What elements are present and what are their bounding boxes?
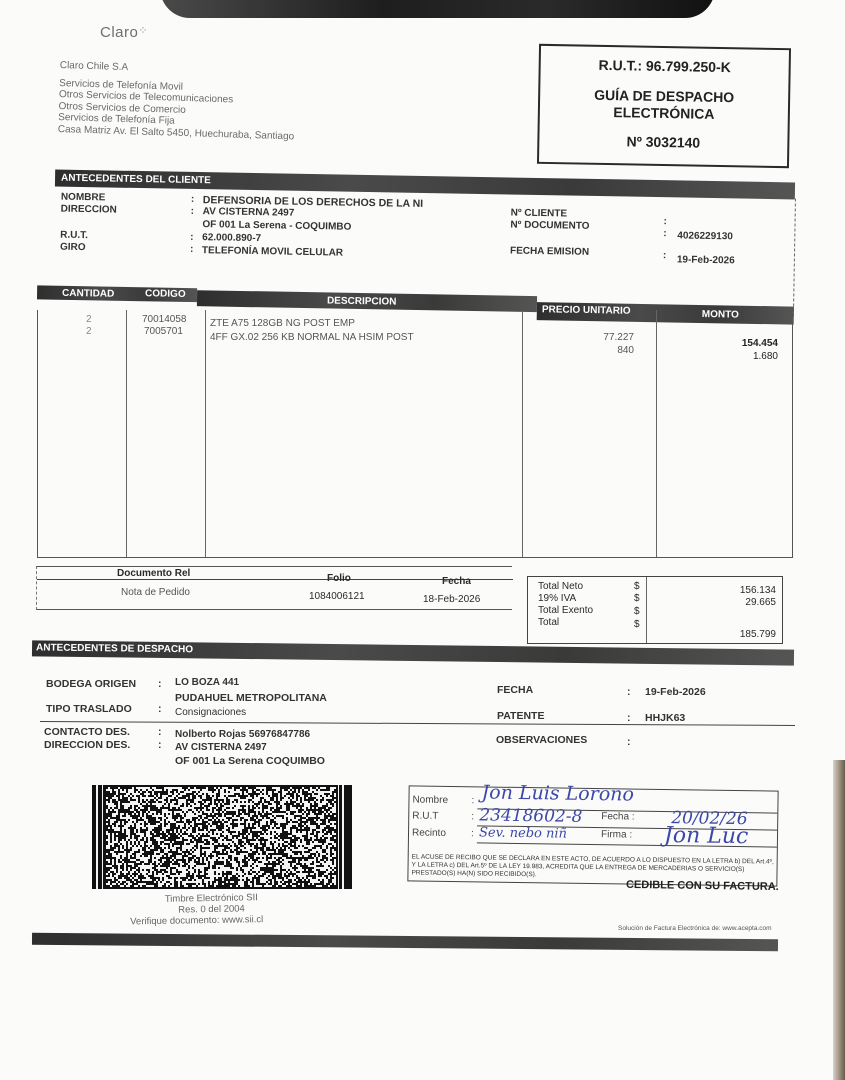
col-codigo: CODIGO [145, 288, 186, 300]
col-descripcion: DESCRIPCION [327, 295, 397, 307]
total-value: 185.799 [740, 629, 776, 640]
colon: : [158, 739, 162, 751]
license-plate: HHJK63 [645, 712, 685, 724]
client-address-1: AV CISTERNA 2497 [203, 206, 295, 219]
receipt-acknowledgement: Nombre R.U.T Recinto : : : Fecha : Firma… [407, 785, 778, 886]
total-label: Total [538, 617, 559, 628]
cell-monto: 154.454 [742, 338, 778, 349]
cell-descripcion: 4FF GX.02 256 KB NORMAL NA HSIM POST [210, 332, 414, 343]
ref-header-documento: Documento Rel [117, 568, 190, 579]
label-contacto: CONTACTO DES. [44, 726, 130, 738]
label-n-cliente: Nº CLIENTE [511, 207, 568, 219]
handwritten-name[interactable]: Jon Luis Lorono [481, 781, 634, 805]
currency-sign: $ [634, 619, 640, 630]
totals-box: Total Neto $ 156.134 19% IVA $ 29.665 To… [527, 576, 783, 644]
colon: : [191, 194, 195, 205]
client-giro: TELEFONÍA MOVIL CELULAR [202, 245, 343, 258]
label-direccion: DIRECCION [61, 204, 117, 216]
document-title: GUÍA DE DESPACHO ELECTRÓNICA [540, 86, 789, 124]
currency-sign: $ [634, 593, 640, 604]
cell-codigo: 70014058 [142, 314, 187, 325]
label-rut: R.U.T [412, 810, 438, 821]
colon: : [663, 228, 667, 239]
electronic-stamp-caption: Timbre Electrónico SII Res. 0 del 2004 V… [160, 892, 264, 927]
issuer-rut: R.U.T.: 96.799.250-K [541, 56, 789, 76]
ref-header-folio: Folio [327, 573, 351, 584]
bodega-address-2: PUDAHUEL METROPOLITANA [175, 692, 327, 704]
ref-documento: Nota de Pedido [121, 587, 190, 598]
label-tipo-traslado: TIPO TRASLADO [46, 703, 132, 715]
cell-monto: 1.680 [753, 351, 778, 362]
legal-notice: EL ACUSE DE RECIBO QUE SE DECLARA EN EST… [411, 853, 776, 882]
issuer-info: Claro Chile S.A Servicios de Telefonía M… [58, 60, 297, 142]
colon: : [471, 811, 474, 822]
cell-cantidad: 2 [86, 326, 92, 337]
footer-bar [32, 933, 778, 952]
colon: : [471, 795, 474, 806]
issuer-name: Claro Chile S.A [60, 60, 297, 79]
logo-rays-icon: ⁘ [138, 25, 148, 37]
cell-precio-unitario: 840 [617, 345, 634, 356]
bodega-address-1: LO BOZA 441 [175, 677, 239, 688]
label-patente: PATENTE [497, 710, 544, 722]
currency-sign: $ [634, 606, 640, 617]
document-id: 4026229130 [677, 230, 733, 242]
handwritten-signature[interactable]: Jon Luc [664, 823, 749, 849]
label-bodega-origen: BODEGA ORIGEN [46, 678, 136, 690]
label-fecha-emision: FECHA EMISION [510, 245, 589, 257]
cell-descripcion: ZTE A75 128GB NG POST EMP [210, 318, 355, 329]
emission-date: 19-Feb-2026 [677, 254, 735, 266]
colon: : [191, 206, 195, 217]
software-provider: Solución de Factura Electrónica de: www.… [618, 925, 772, 932]
column-divider [126, 310, 127, 557]
label-giro: GIRO [60, 242, 86, 253]
label-nombre: NOMBRE [61, 192, 106, 204]
cell-precio-unitario: 77.227 [603, 332, 634, 343]
document-number: Nº 3032140 [539, 132, 787, 152]
column-divider [522, 310, 523, 557]
cell-codigo: 7005701 [144, 326, 183, 337]
pdf417-barcode-icon [92, 785, 352, 889]
reference-documents: Documento Rel Folio Fecha Nota de Pedido… [36, 566, 512, 610]
photo-shadow-object [160, 0, 715, 18]
colon: : [663, 216, 667, 227]
label-direccion-des: DIRECCION DES. [44, 739, 130, 751]
colon: : [627, 736, 631, 748]
claro-logo: Claro⁘ [100, 24, 148, 41]
client-address-2: OF 001 La Serena - COQUIMBO [202, 219, 351, 233]
document-header-box: R.U.T.: 96.799.250-K GUÍA DE DESPACHO EL… [537, 44, 791, 168]
column-divider [205, 310, 206, 557]
colon: : [158, 726, 162, 738]
colon: : [627, 712, 631, 724]
colon: : [471, 828, 474, 839]
label-observaciones: OBSERVACIONES [496, 734, 587, 746]
dispatch-date: 19-Feb-2026 [645, 686, 706, 698]
label-recinto: Recinto [412, 827, 446, 838]
total-neto-value: 156.134 [740, 585, 776, 596]
colon: : [158, 703, 162, 715]
col-cantidad: CANTIDAD [62, 288, 114, 300]
currency-sign: $ [634, 581, 640, 592]
colon: : [190, 232, 194, 243]
cell-cantidad: 2 [86, 314, 92, 325]
colon: : [190, 244, 194, 255]
label-rut: R.U.T. [60, 230, 88, 241]
stamp-line-1: Timbre Electrónico SII [160, 892, 263, 905]
photo-background-edge [833, 760, 845, 1080]
colon: : [663, 250, 667, 261]
label-n-documento: Nº DOCUMENTO [510, 219, 589, 231]
column-divider [646, 577, 647, 643]
colon: : [627, 686, 631, 698]
total-neto-label: Total Neto [538, 581, 583, 592]
ref-header-fecha: Fecha [442, 576, 471, 587]
label-firma: Firma : [601, 829, 632, 840]
column-divider [656, 310, 657, 557]
direccion-des-1: AV CISTERNA 2497 [175, 742, 267, 753]
iva-label: 19% IVA [538, 593, 576, 604]
direccion-des-2: OF 001 La Serena COQUIMBO [175, 755, 325, 767]
ref-fecha: 18-Feb-2026 [423, 594, 480, 605]
colon: : [158, 678, 162, 690]
items-table: 2 70014058 ZTE A75 128GB NG POST EMP 77.… [37, 310, 793, 558]
contacto-value: Nolberto Rojas 56976847786 [175, 729, 310, 740]
handwritten-rut[interactable]: 23418602-8 [479, 805, 582, 826]
label-nombre: Nombre [412, 794, 448, 805]
client-rut: 62.000.890-7 [202, 232, 261, 244]
label-fecha: Fecha : [601, 811, 635, 822]
tipo-traslado-value: Consignaciones [175, 707, 246, 718]
cedible-label: CEDIBLE CON SU FACTURA. [626, 879, 779, 893]
handwritten-recinto[interactable]: Sev. nebo niñ [479, 825, 567, 841]
dispatch-section-header: ANTECEDENTES DE DESPACHO [32, 640, 794, 665]
stamp-verify-link: Verifique documento: www.sii.cl [130, 914, 263, 927]
ref-folio: 1084006121 [309, 591, 365, 602]
total-exento-label: Total Exento [538, 605, 593, 616]
iva-value: 29.665 [745, 597, 776, 608]
label-fecha: FECHA [497, 684, 533, 696]
document-title-line2: ELECTRÓNICA [540, 103, 788, 124]
